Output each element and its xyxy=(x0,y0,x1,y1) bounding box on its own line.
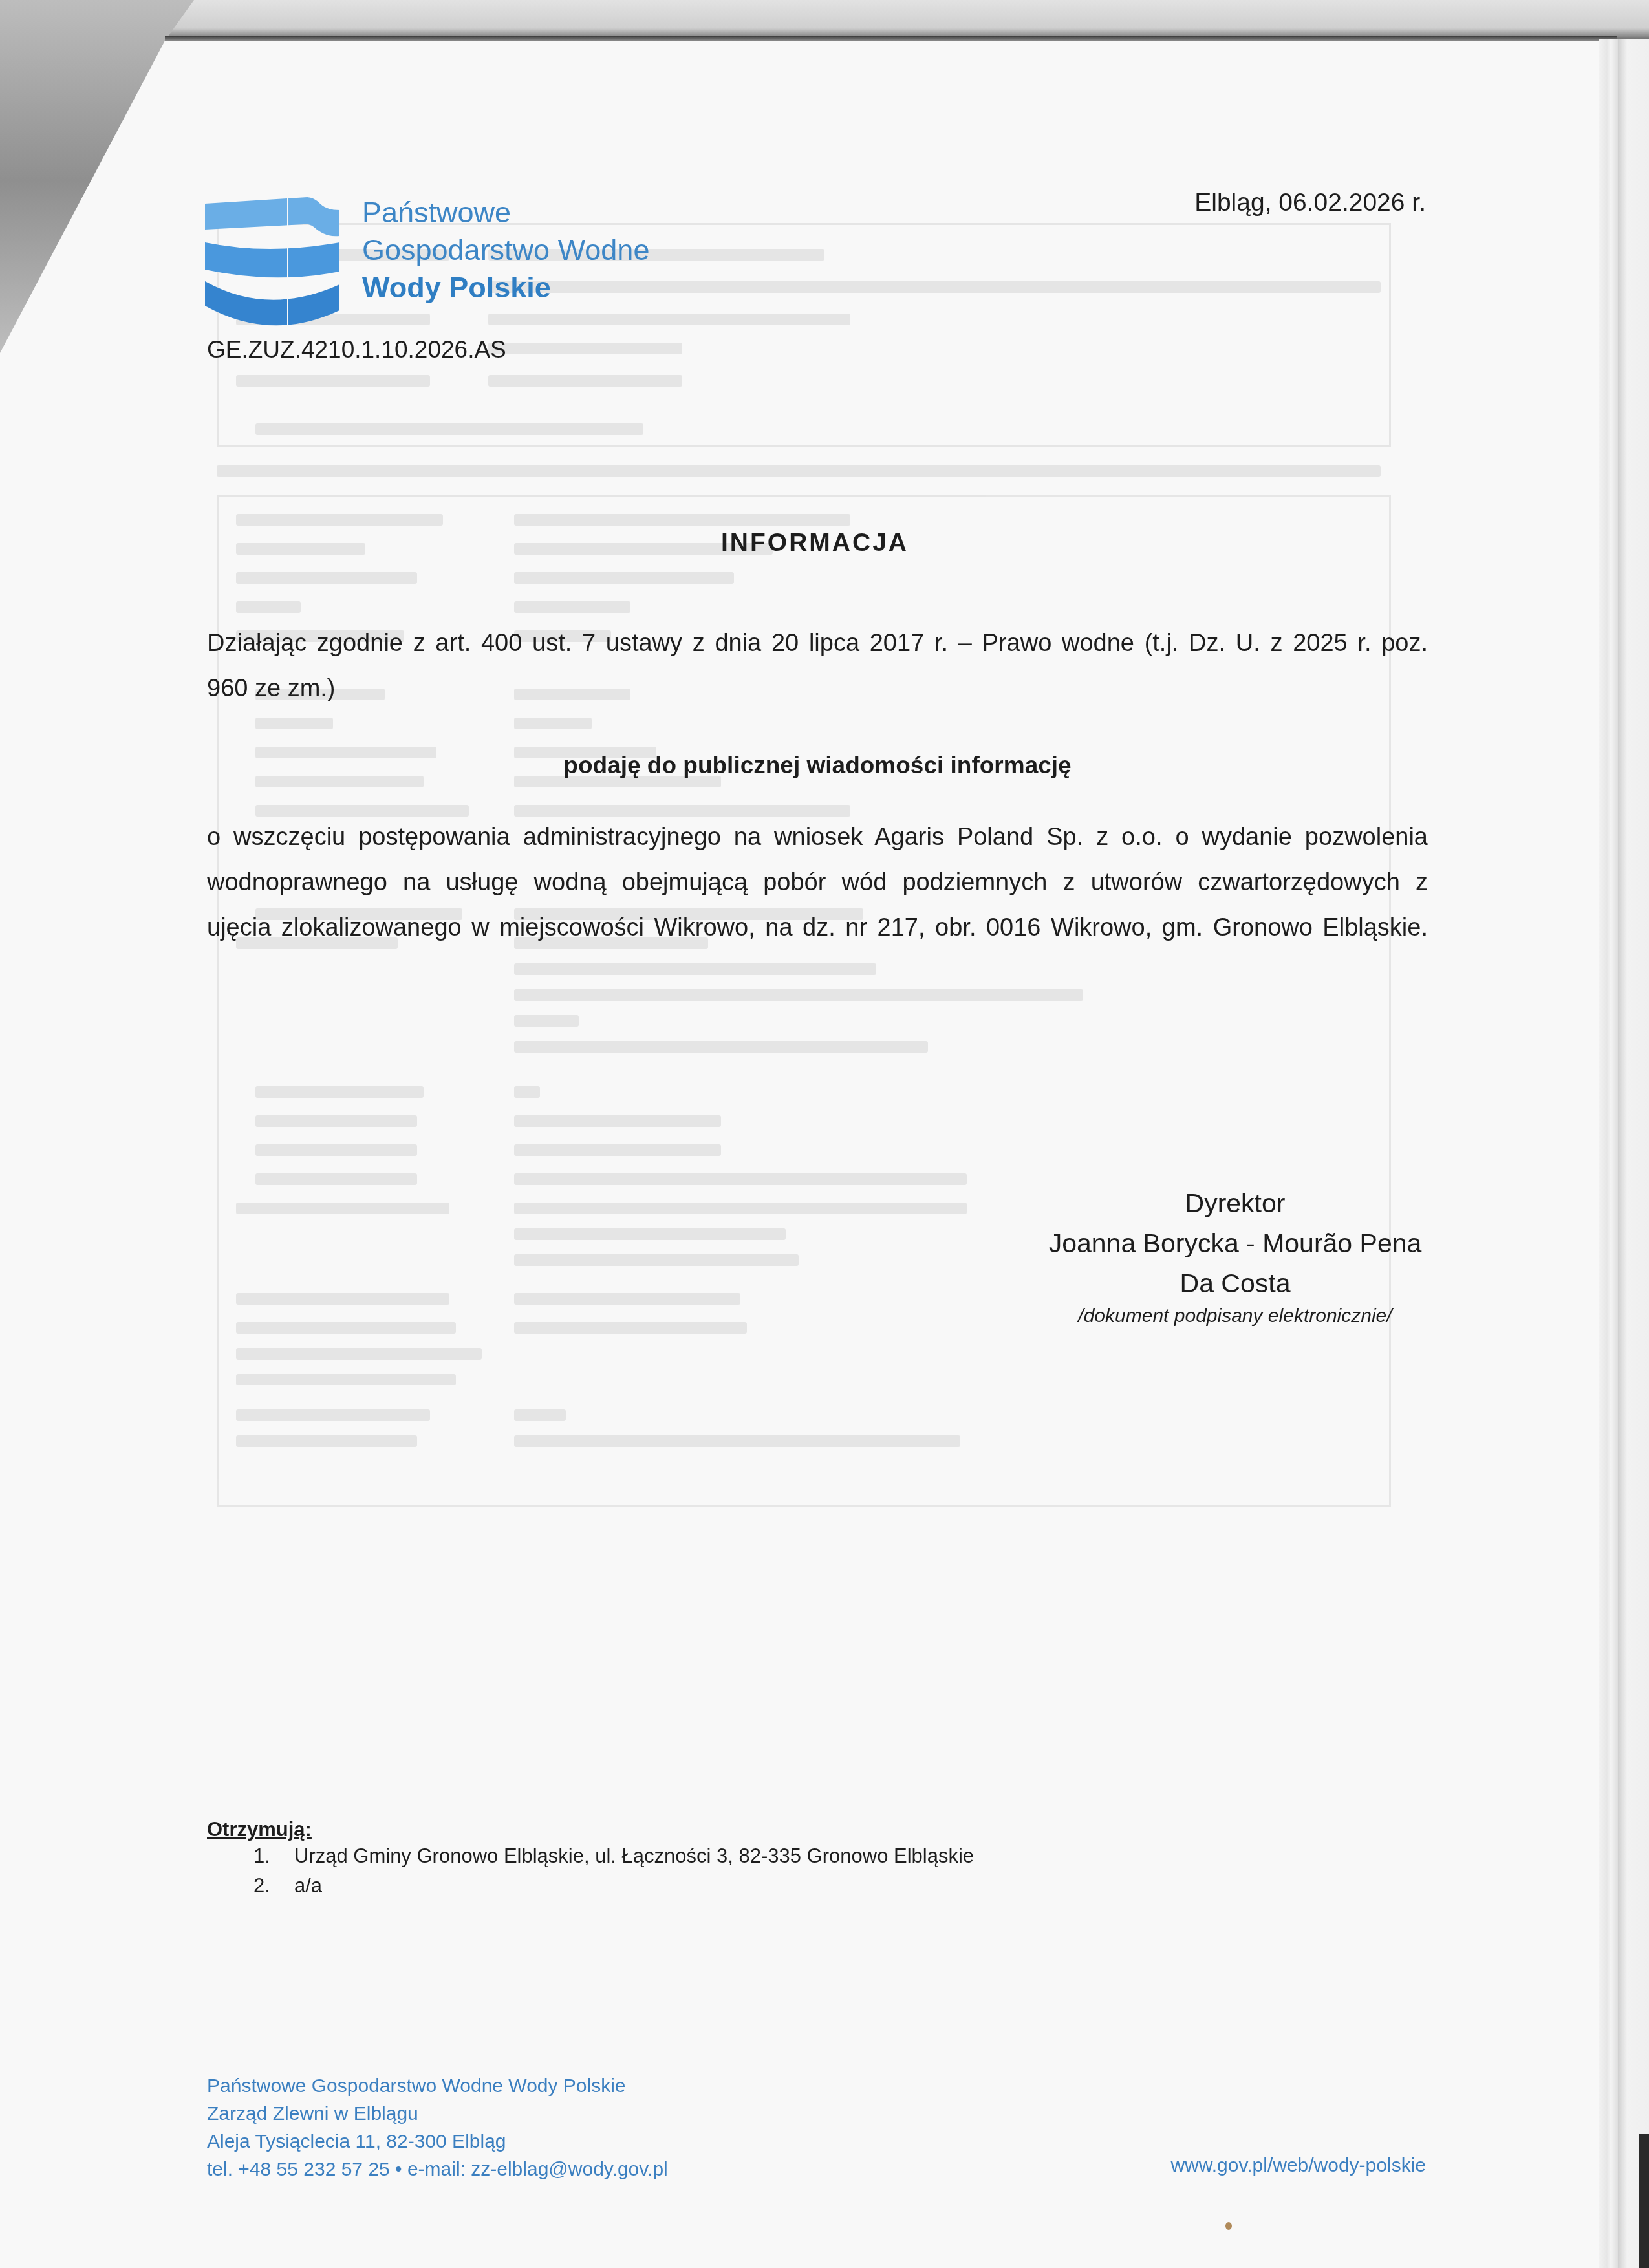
paragraph-line: 960 ze zm.) xyxy=(207,666,1428,711)
logo-line-1: Państwowe xyxy=(362,194,649,231)
logo-line-3: Wody Polskie xyxy=(362,269,649,306)
announcement-paragraph: o wszczęciu postępowania administracyjne… xyxy=(207,815,1428,950)
recipients-list: 1.Urząd Gminy Gronowo Elbląskie, ul. Łąc… xyxy=(207,1841,974,1901)
wody-polskie-logo-icon xyxy=(204,191,341,326)
signatory-role: Dyrektor xyxy=(1009,1183,1461,1223)
legal-basis-paragraph: Działając zgodnie z art. 400 ust. 7 usta… xyxy=(207,621,1428,711)
signatory-name-continued: Da Costa xyxy=(1009,1263,1461,1303)
footer-website-link[interactable]: www.gov.pl/web/wody-polskie xyxy=(1170,2155,1426,2177)
footer-street: Aleja Tysiąclecia 11, 82-300 Elbląg xyxy=(207,2128,668,2156)
paragraph-line: Działając zgodnie z art. 400 ust. 7 usta… xyxy=(207,621,1428,666)
scanner-background xyxy=(0,0,1649,40)
electronic-signature-note: /dokument podpisany elektronicznie/ xyxy=(1009,1303,1461,1329)
list-item: 2.a/a xyxy=(207,1871,974,1901)
paragraph-line: ujęcia zlokalizowanego w miejscowości Wi… xyxy=(207,905,1428,950)
scanner-edge xyxy=(1639,2134,1649,2268)
paragraph-line: o wszczęciu postępowania administracyjne… xyxy=(207,815,1428,860)
announcement-subheading: podaję do publicznej wiadomości informac… xyxy=(207,752,1428,779)
footer-org-name: Państwowe Gospodarstwo Wodne Wody Polski… xyxy=(207,2072,668,2100)
reference-number: GE.ZUZ.4210.1.10.2026.AS xyxy=(207,336,506,363)
recipients-section: Otrzymują: 1.Urząd Gminy Gronowo Elbląsk… xyxy=(207,1818,974,1901)
page-stack-edge xyxy=(1599,39,1619,2268)
footer-address: Państwowe Gospodarstwo Wodne Wody Polski… xyxy=(207,2072,668,2183)
place-and-date: Elbląg, 06.02.2026 r. xyxy=(1194,189,1426,217)
scan-speck xyxy=(1225,2222,1232,2230)
paragraph-line: wodnoprawnego na usługę wodną obejmującą… xyxy=(207,860,1428,905)
footer-contact: tel. +48 55 232 57 25 • e-mail: zz-elbla… xyxy=(207,2156,668,2183)
recipient-text: Urząd Gminy Gronowo Elbląskie, ul. Łączn… xyxy=(294,1845,974,1867)
list-item: 1.Urząd Gminy Gronowo Elbląskie, ul. Łąc… xyxy=(207,1841,974,1871)
footer-unit: Zarząd Zlewni w Elblągu xyxy=(207,2100,668,2128)
page-stack-edge-outer xyxy=(1618,39,1649,2268)
list-number: 1. xyxy=(253,1841,270,1871)
page-top-edge xyxy=(165,36,1617,41)
signatory-name: Joanna Borycka - Mourão Pena xyxy=(1009,1223,1461,1263)
list-number: 2. xyxy=(253,1871,270,1901)
logo-wordmark: Państwowe Gospodarstwo Wodne Wody Polski… xyxy=(362,194,649,306)
signature-block: Dyrektor Joanna Borycka - Mourão Pena Da… xyxy=(1009,1183,1461,1329)
document-title: INFORMACJA xyxy=(0,529,1630,557)
recipient-text: a/a xyxy=(294,1874,322,1897)
recipients-title: Otrzymują: xyxy=(207,1818,974,1841)
logo-line-2: Gospodarstwo Wodne xyxy=(362,231,649,269)
